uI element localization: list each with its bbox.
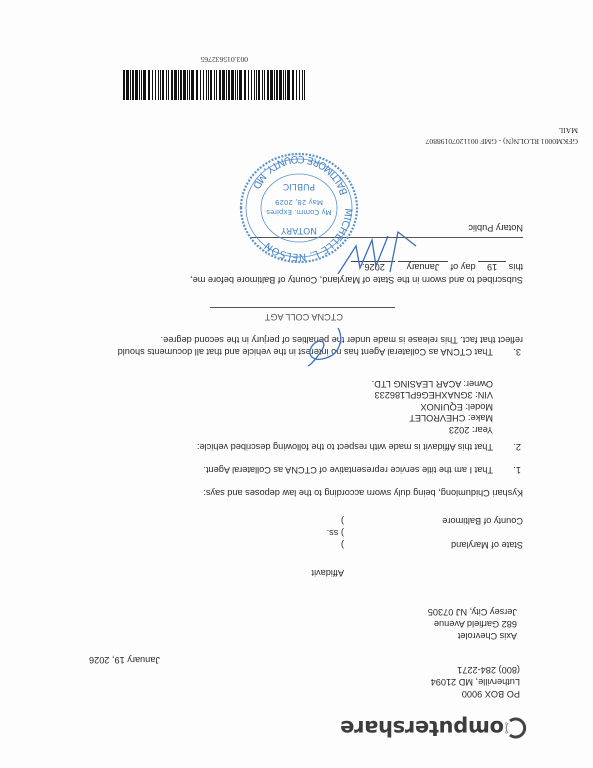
- vehicle-vin: VIN: 3GNAXHEG6PL186233: [372, 389, 493, 401]
- computershare-logo: omputershare: [340, 716, 527, 740]
- item-number: 3.: [513, 347, 521, 357]
- barcode: [119, 70, 305, 100]
- notary-public-label: Notary Public: [468, 223, 523, 233]
- item-number: 1.: [513, 465, 521, 475]
- recipient-line: Jersey City, NJ 07305: [428, 605, 517, 617]
- affiant-intro: Kyshari Chidumlong, being duly sworn acc…: [203, 488, 523, 498]
- item-text: That this Affidavit is made with respect…: [197, 442, 493, 452]
- venue-paren: ): [341, 516, 344, 526]
- logo-text: omputershare: [340, 716, 504, 740]
- sender-address: PO BOX 9000 Lutherville, MD 21094 (800) …: [431, 663, 520, 700]
- affidavit-page: omputershare PO BOX 9000 Lutherville, MD…: [0, 0, 593, 768]
- jurat-day: 19: [478, 261, 506, 272]
- routing-code: GFKM0001 RLOLN(N) - GMF 00112070198807: [426, 137, 578, 146]
- item-number: 2.: [513, 442, 521, 452]
- mail-label: MAIL: [559, 126, 578, 135]
- document-title: Affidavit: [311, 568, 344, 578]
- venue-paren: ): [341, 540, 344, 550]
- vehicle-owner: Owner: ACAR LEASING LTD.: [372, 378, 493, 390]
- agent-signature-icon: [300, 324, 348, 368]
- venue-state: State of Maryland: [451, 540, 523, 550]
- barcode-number: 003.015632765: [201, 55, 248, 64]
- address-line: (800) 284-2271: [431, 663, 520, 675]
- venue-ss: ) ss.: [327, 528, 344, 538]
- stamp-expires-label: My Comm. Expires: [266, 208, 332, 216]
- jurat-this: this: [509, 262, 523, 272]
- computershare-c-logo-icon: [505, 717, 527, 739]
- venue-county: County of Baltimore: [442, 516, 523, 526]
- recipient-line: Axis Chevrolet: [428, 630, 517, 642]
- stamp-public: PUBLIC: [283, 181, 315, 191]
- address-line: PO BOX 9000: [431, 688, 520, 700]
- vehicle-details: Year: 2023 Make: CHEVROLET Model: EQUINO…: [372, 378, 493, 436]
- recipient-line: 682 Garfield Avenue: [428, 618, 517, 630]
- vehicle-make: Make: CHEVROLET: [372, 412, 493, 424]
- vehicle-model: Model: EQUINOX: [372, 401, 493, 413]
- item-text: That I am the title service representati…: [203, 465, 493, 475]
- recipient-address: Axis Chevrolet 682 Garfield Avenue Jerse…: [428, 605, 517, 642]
- signatory-name: CTCNA COLL AGT: [265, 312, 343, 322]
- stamp-expires-date: May 28, 2029: [275, 198, 323, 206]
- notary-seal-icon: MICHELLE L. NELSON BALTIMORE COUNTY, MD …: [235, 150, 363, 268]
- jurat-day-of: day of: [451, 262, 476, 272]
- vehicle-year: Year: 2023: [372, 424, 493, 436]
- stamp-title: NOTARY: [281, 225, 317, 235]
- address-line: Lutherville, MD 21094: [431, 676, 520, 688]
- jurat-text: Subscribed to and sworn in the State of …: [190, 275, 523, 285]
- signature-line: [210, 307, 395, 308]
- letter-date: January 19, 2026: [89, 655, 160, 665]
